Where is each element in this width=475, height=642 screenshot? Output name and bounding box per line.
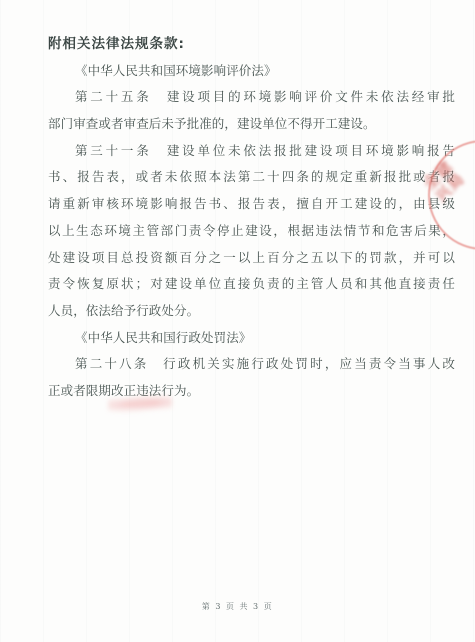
legal-text-line: 《中华人民共和国行政处罚法》 <box>48 325 455 352</box>
legal-text-lines: 《中华人民共和国环境影响评价法》第二十五条 建设项目的环境影响评价文件未依法经审… <box>48 58 455 405</box>
legal-text-line: 第二十五条 建设项目的环境影响评价文件未依法经审批 <box>48 84 455 111</box>
document-body: 附相关法律法规条款: 《中华人民共和国环境影响评价法》第二十五条 建设项目的环境… <box>48 31 455 405</box>
legal-text-line: 请重新审核环境影响报告书、报告表，擅自开工建设的，由县级 <box>48 191 455 218</box>
legal-text-line: 处建设项目总投资额百分之一以上百分之五以下的罚款，并可以 <box>48 245 455 272</box>
legal-text-line: 第二十八条 行政机关实施行政处罚时，应当责令当事人改 <box>48 351 455 378</box>
legal-text-line: 第三十一条 建设单位未依法报批建设项目环境影响报告 <box>48 138 455 165</box>
legal-text-line: 书、报告表，或者未依照本法第二十四条的规定重新报批或者报 <box>48 164 455 191</box>
legal-text-line: 《中华人民共和国环境影响评价法》 <box>48 58 455 85</box>
faded-stamp-residue <box>108 395 172 413</box>
legal-text-line: 部门审查或者审查后未予批准的，建设单位不得开工建设。 <box>48 111 455 138</box>
page-number-indicator: 第 3 页 共 3 页 <box>0 601 475 612</box>
legal-text-line: 责令恢复原状；对建设单位直接负责的主管人员和其他直接责任 <box>48 271 455 298</box>
legal-text-line: 人员，依法给予行政处分。 <box>48 298 455 325</box>
attachment-clauses-heading: 附相关法律法规条款: <box>48 31 455 58</box>
scanned-document-page: 附相关法律法规条款: 《中华人民共和国环境影响评价法》第二十五条 建设项目的环境… <box>0 0 475 642</box>
legal-text-line: 以上生态环境主管部门责令停止建设，根据违法情节和危害后果， <box>48 218 455 245</box>
